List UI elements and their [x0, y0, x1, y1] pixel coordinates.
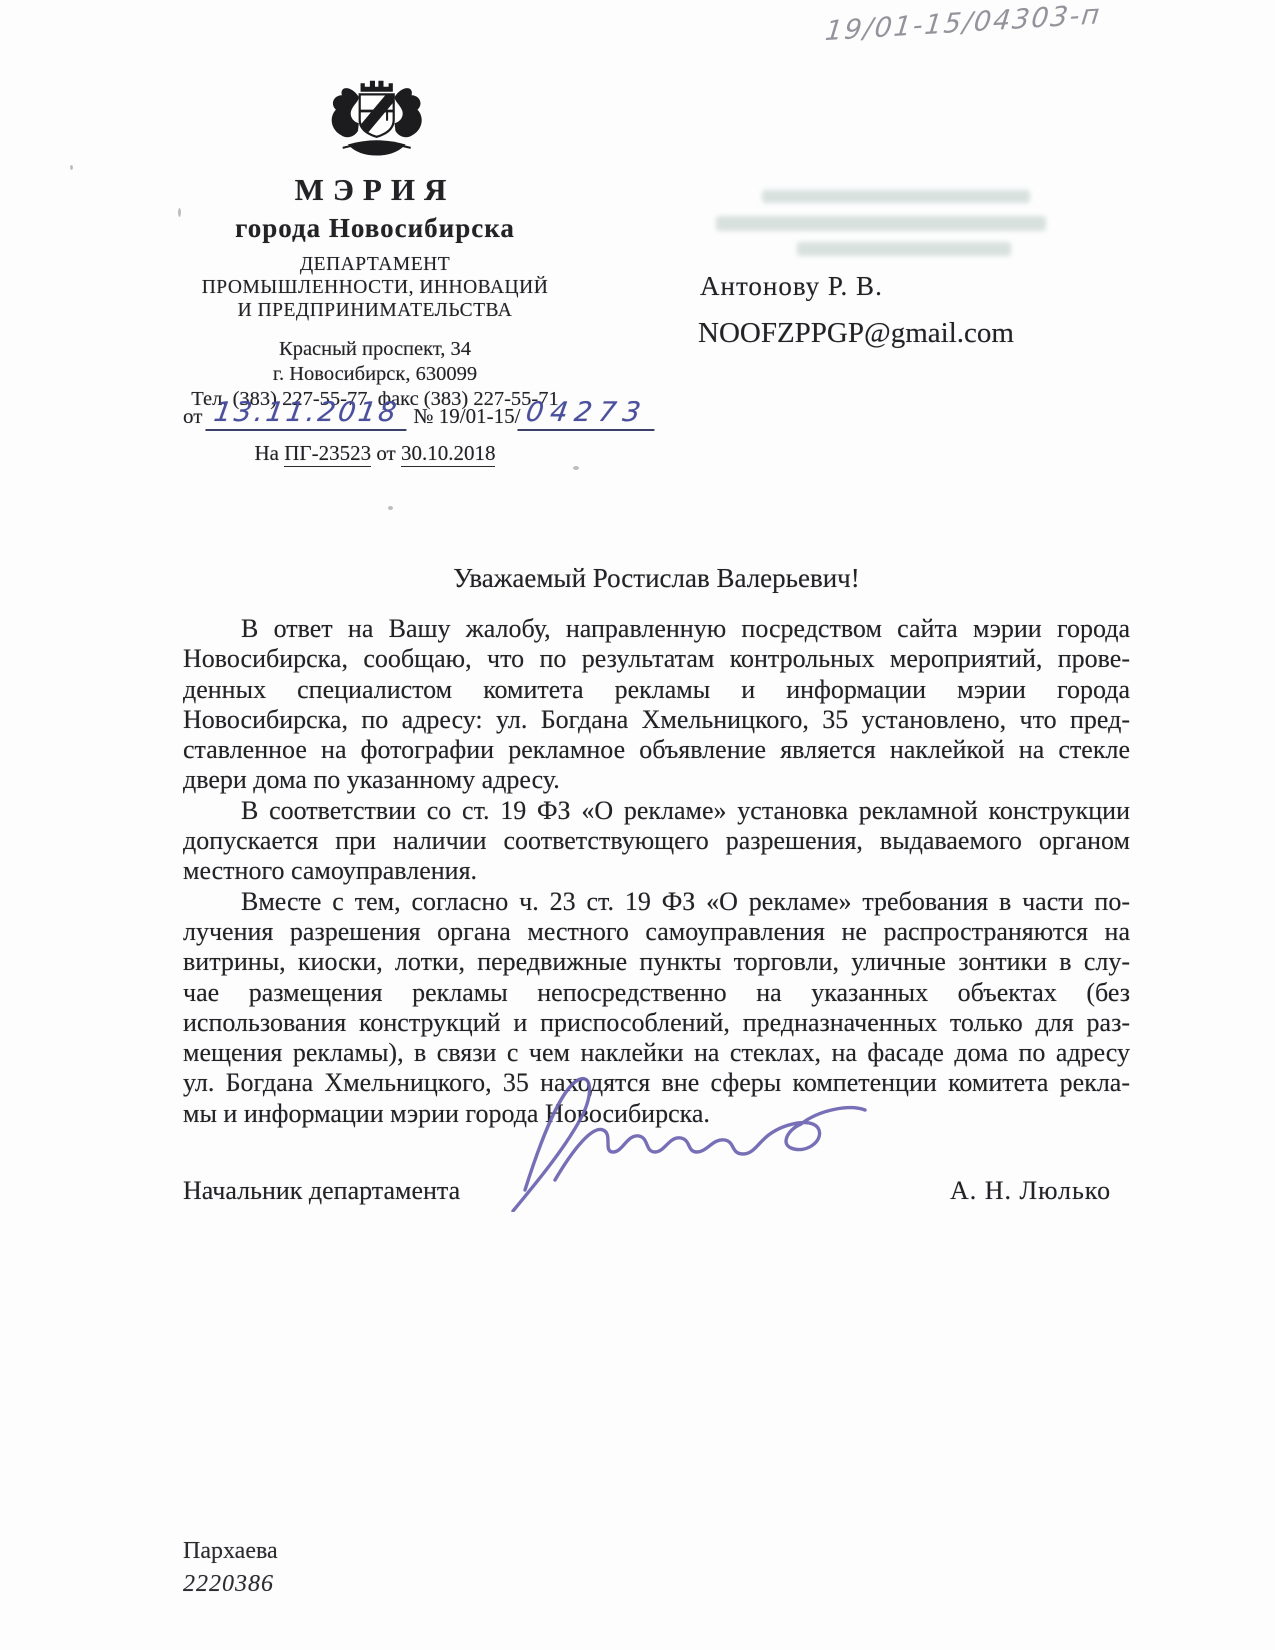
body-line: Вместе с тем, согласно ч. 23 ст. 19 ФЗ «… [183, 887, 1130, 917]
body-line: допускается при наличии соответствующего… [183, 826, 1130, 856]
reference-mid: от [376, 441, 395, 465]
recipient-email: NOOFZPPGP@gmail.com [698, 317, 1014, 350]
scan-speck [388, 506, 393, 510]
handwritten-number: 04273 [518, 397, 660, 431]
body-line: В ответ на Вашу жалобу, направленную пос… [183, 614, 1130, 644]
letterhead: МЭРИЯ города Новосибирска ДЕПАРТАМЕНТ ПР… [145, 74, 605, 412]
address-street: Красный проспект, 34 [145, 337, 605, 362]
body-paragraph: В ответ на Вашу жалобу, направленную пос… [183, 614, 1130, 796]
executor-name: Пархаева [183, 1538, 278, 1565]
dept-line-2: ПРОМЫШЛЕННОСТИ, ИННОВАЦИЙ [145, 276, 605, 299]
scanned-letter-page: { "annotations": { "pencil_ref": "19/01-… [0, 0, 1275, 1650]
body-line: использования конструкций и приспособлен… [183, 1008, 1130, 1038]
body-line: ставленное на фотографии рекламное объяв… [183, 735, 1130, 765]
handwritten-date: 13.11.2018 [205, 397, 411, 431]
scan-speck [70, 165, 73, 170]
org-name: МЭРИЯ [145, 172, 605, 208]
scan-speck [178, 208, 181, 217]
date-prefix: от [183, 404, 202, 428]
address-city: г. Новосибирск, 630099 [145, 362, 605, 387]
recipient-name: Антонову Р. В. [700, 271, 883, 302]
dept-line-1: ДЕПАРТАМЕНТ [145, 253, 605, 276]
reference-number: ПГ-23523 [284, 441, 371, 467]
body-line: Новосибирска, сообщаю, что по результата… [183, 644, 1130, 674]
dept-line-3: И ПРЕДПРИНИМАТЕЛЬСТВА [145, 299, 605, 322]
executor-phone: 2220386 [183, 1571, 274, 1598]
signer-name: А. Н. Люлько [950, 1176, 1111, 1206]
body-line: двери дома по указанному адресу. [183, 765, 1130, 795]
signer-position: Начальник департамента [183, 1176, 460, 1206]
bleedthrough-artifact [762, 190, 1030, 203]
salutation: Уважаемый Ростислав Валерьевич! [183, 563, 1130, 594]
body-line: денных специалистом комитета рекламы и и… [183, 675, 1130, 705]
pencil-reference-note: 19/01-15/04303-п [824, 0, 1157, 47]
scan-speck [573, 466, 579, 470]
body-line: чае размещения рекламы непосредственно н… [183, 978, 1130, 1008]
incoming-reference-line: На ПГ-23523 от 30.10.2018 [145, 441, 605, 466]
body-line: витрины, киоски, лотки, передвижные пунк… [183, 947, 1130, 977]
org-city: города Новосибирска [145, 213, 605, 244]
body-line: лучения разрешения органа местного самоу… [183, 917, 1130, 947]
novosibirsk-coat-of-arms-icon [324, 74, 426, 164]
body-line: местного самоуправления. [183, 856, 1130, 886]
date-number-line: от 13.11.2018 № 19/01-15/04273 [183, 399, 613, 433]
body-text: В ответ на Вашу жалобу, направленную пос… [183, 614, 1130, 1129]
body-line: В соответствии со ст. 19 ФЗ «О рекламе» … [183, 796, 1130, 826]
reference-prefix: На [255, 441, 280, 465]
number-prefix: № 19/01-15/ [414, 404, 521, 428]
body-line: Новосибирска, по адресу: ул. Богдана Хме… [183, 705, 1130, 735]
bleedthrough-artifact [716, 216, 1046, 231]
handwritten-signature-ink [495, 1062, 885, 1212]
body-paragraph: В соответствии со ст. 19 ФЗ «О рекламе» … [183, 796, 1130, 887]
reference-date: 30.10.2018 [401, 441, 496, 467]
bleedthrough-artifact [797, 242, 1011, 256]
